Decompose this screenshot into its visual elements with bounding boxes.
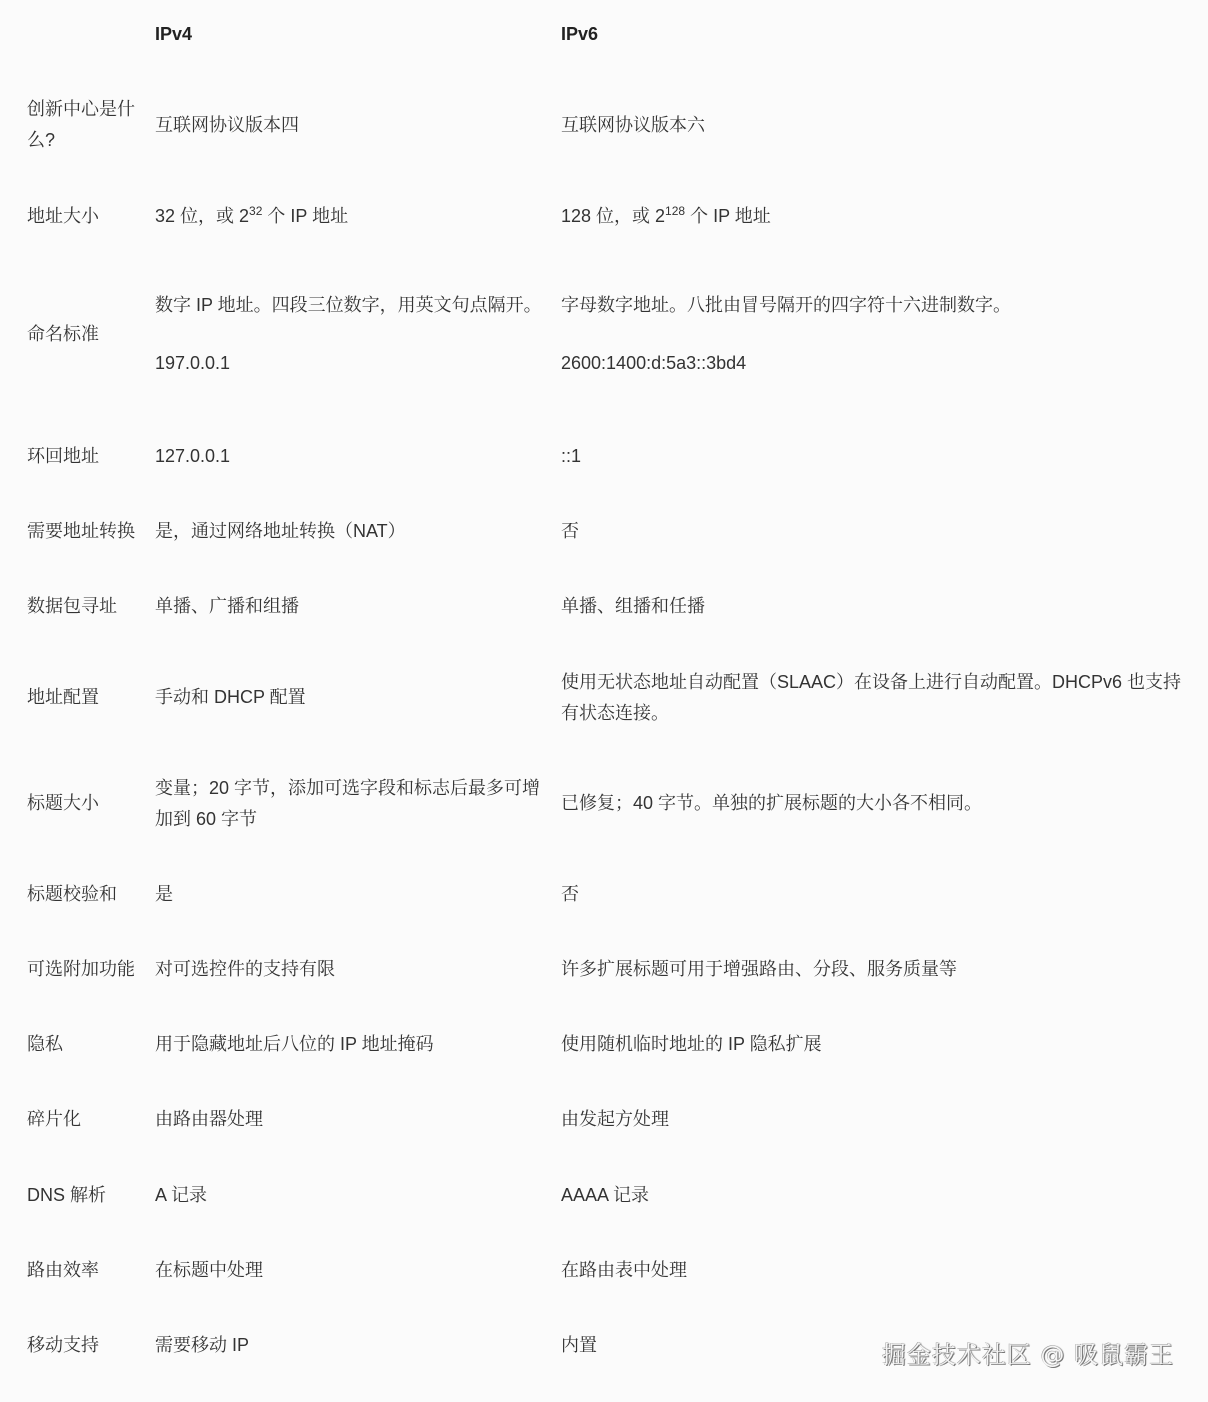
table-row: 创新中心是什么? 互联网协议版本四 互联网协议版本六 <box>20 68 1190 182</box>
header-ipv4: IPv4 <box>148 0 554 68</box>
table-row: 地址配置 手动和 DHCP 配置 使用无状态地址自动配置（SLAAC）在设备上进… <box>20 644 1190 751</box>
ipv6-cell: 使用随机临时地址的 IP 隐私扩展 <box>554 1007 1190 1082</box>
row-label: 创新中心是什么? <box>20 68 148 182</box>
ipv6-cell: 许多扩展标题可用于增强路由、分段、服务质量等 <box>554 932 1190 1007</box>
ipv4-cell: A 记录 <box>148 1157 554 1233</box>
ipv6-cell: 在路由表中处理 <box>554 1233 1190 1308</box>
ipv6-cell: 互联网协议版本六 <box>554 68 1190 182</box>
table-row: 地址大小 32 位，或 232 个 IP 地址 128 位，或 2128 个 I… <box>20 182 1190 250</box>
row-label: 数据包寻址 <box>20 569 148 644</box>
table-row: 数据包寻址 单播、广播和组播 单播、组播和任播 <box>20 569 1190 644</box>
ipv6-cell: 128 位，或 2128 个 IP 地址 <box>554 182 1190 250</box>
ipv6-exponent: 128 <box>665 204 685 218</box>
ipv6-cell: 单播、组播和任播 <box>554 569 1190 644</box>
ipv6-cell: 由发起方处理 <box>554 1082 1190 1157</box>
ipv6-cell: 否 <box>554 494 1190 569</box>
table-row: 可选附加功能 对可选控件的支持有限 许多扩展标题可用于增强路由、分段、服务质量等 <box>20 932 1190 1007</box>
row-label: 标题大小 <box>20 751 148 856</box>
ipv6-size-prefix: 128 位，或 2 <box>561 206 665 226</box>
table-row: 环回地址 127.0.0.1 ::1 <box>20 418 1190 494</box>
ipv6-cell: ::1 <box>554 418 1190 494</box>
ipv4-cell: 32 位，或 232 个 IP 地址 <box>148 182 554 250</box>
ipv6-cell: AAAA 记录 <box>554 1157 1190 1233</box>
ipv6-size-suffix: 个 IP 地址 <box>685 206 771 226</box>
ipv4-cell: 在标题中处理 <box>148 1233 554 1308</box>
ipv4-size-suffix: 个 IP 地址 <box>262 206 348 226</box>
table-row: 碎片化 由路由器处理 由发起方处理 <box>20 1082 1190 1157</box>
ipv4-cell: 是，通过网络地址转换（NAT） <box>148 494 554 569</box>
ipv4-naming-text: 数字 IP 地址。四段三位数字，用英文句点隔开。 <box>155 290 547 321</box>
ipv6-cell: 已修复；40 字节。单独的扩展标题的大小各不相同。 <box>554 751 1190 856</box>
header-ipv6: IPv6 <box>554 0 1190 68</box>
row-label: 地址大小 <box>20 182 148 250</box>
row-label: 可选附加功能 <box>20 932 148 1007</box>
table-row: 路由效率 在标题中处理 在路由表中处理 <box>20 1233 1190 1308</box>
table-row: 命名标准 数字 IP 地址。四段三位数字，用英文句点隔开。 197.0.0.1 … <box>20 250 1190 418</box>
header-feature <box>20 0 148 68</box>
ipv4-cell: 127.0.0.1 <box>148 418 554 494</box>
ipv4-cell: 数字 IP 地址。四段三位数字，用英文句点隔开。 197.0.0.1 <box>148 250 554 418</box>
header-row: IPv4 IPv6 <box>20 0 1190 68</box>
row-label: DNS 解析 <box>20 1157 148 1233</box>
ipv4-cell: 对可选控件的支持有限 <box>148 932 554 1007</box>
ipv4-cell: 是 <box>148 856 554 932</box>
row-label: 碎片化 <box>20 1082 148 1157</box>
ipv6-naming-example: 2600:1400:d:5a3::3bd4 <box>561 348 1183 379</box>
ipv4-exponent: 32 <box>249 204 262 218</box>
ipv4-ipv6-comparison-table: IPv4 IPv6 创新中心是什么? 互联网协议版本四 互联网协议版本六 地址大… <box>20 0 1190 1383</box>
ipv4-naming-example: 197.0.0.1 <box>155 348 547 379</box>
ipv4-cell: 手动和 DHCP 配置 <box>148 644 554 751</box>
ipv4-cell: 互联网协议版本四 <box>148 68 554 182</box>
ipv4-cell: 变量；20 字节，添加可选字段和标志后最多可增加到 60 字节 <box>148 751 554 856</box>
table-row: 隐私 用于隐藏地址后八位的 IP 地址掩码 使用随机临时地址的 IP 隐私扩展 <box>20 1007 1190 1082</box>
row-label: 标题校验和 <box>20 856 148 932</box>
row-label: 地址配置 <box>20 644 148 751</box>
watermark: 掘金技术社区 @ 吸鼠霸王 <box>882 1335 1174 1370</box>
row-label: 需要地址转换 <box>20 494 148 569</box>
row-label: 命名标准 <box>20 250 148 418</box>
ipv4-size-prefix: 32 位，或 2 <box>155 206 249 226</box>
ipv4-cell: 需要移动 IP <box>148 1308 554 1383</box>
ipv6-cell: 字母数字地址。八批由冒号隔开的四字符十六进制数字。 2600:1400:d:5a… <box>554 250 1190 418</box>
table-row: DNS 解析 A 记录 AAAA 记录 <box>20 1157 1190 1233</box>
ipv4-cell: 由路由器处理 <box>148 1082 554 1157</box>
ipv6-cell: 使用无状态地址自动配置（SLAAC）在设备上进行自动配置。DHCPv6 也支持有… <box>554 644 1190 751</box>
row-label: 路由效率 <box>20 1233 148 1308</box>
table-row: 标题大小 变量；20 字节，添加可选字段和标志后最多可增加到 60 字节 已修复… <box>20 751 1190 856</box>
ipv6-cell: 否 <box>554 856 1190 932</box>
table-row: 标题校验和 是 否 <box>20 856 1190 932</box>
row-label: 隐私 <box>20 1007 148 1082</box>
ipv4-cell: 单播、广播和组播 <box>148 569 554 644</box>
ipv6-naming-text: 字母数字地址。八批由冒号隔开的四字符十六进制数字。 <box>561 290 1183 321</box>
row-label: 移动支持 <box>20 1308 148 1383</box>
table-row: 需要地址转换 是，通过网络地址转换（NAT） 否 <box>20 494 1190 569</box>
ipv4-cell: 用于隐藏地址后八位的 IP 地址掩码 <box>148 1007 554 1082</box>
row-label: 环回地址 <box>20 418 148 494</box>
